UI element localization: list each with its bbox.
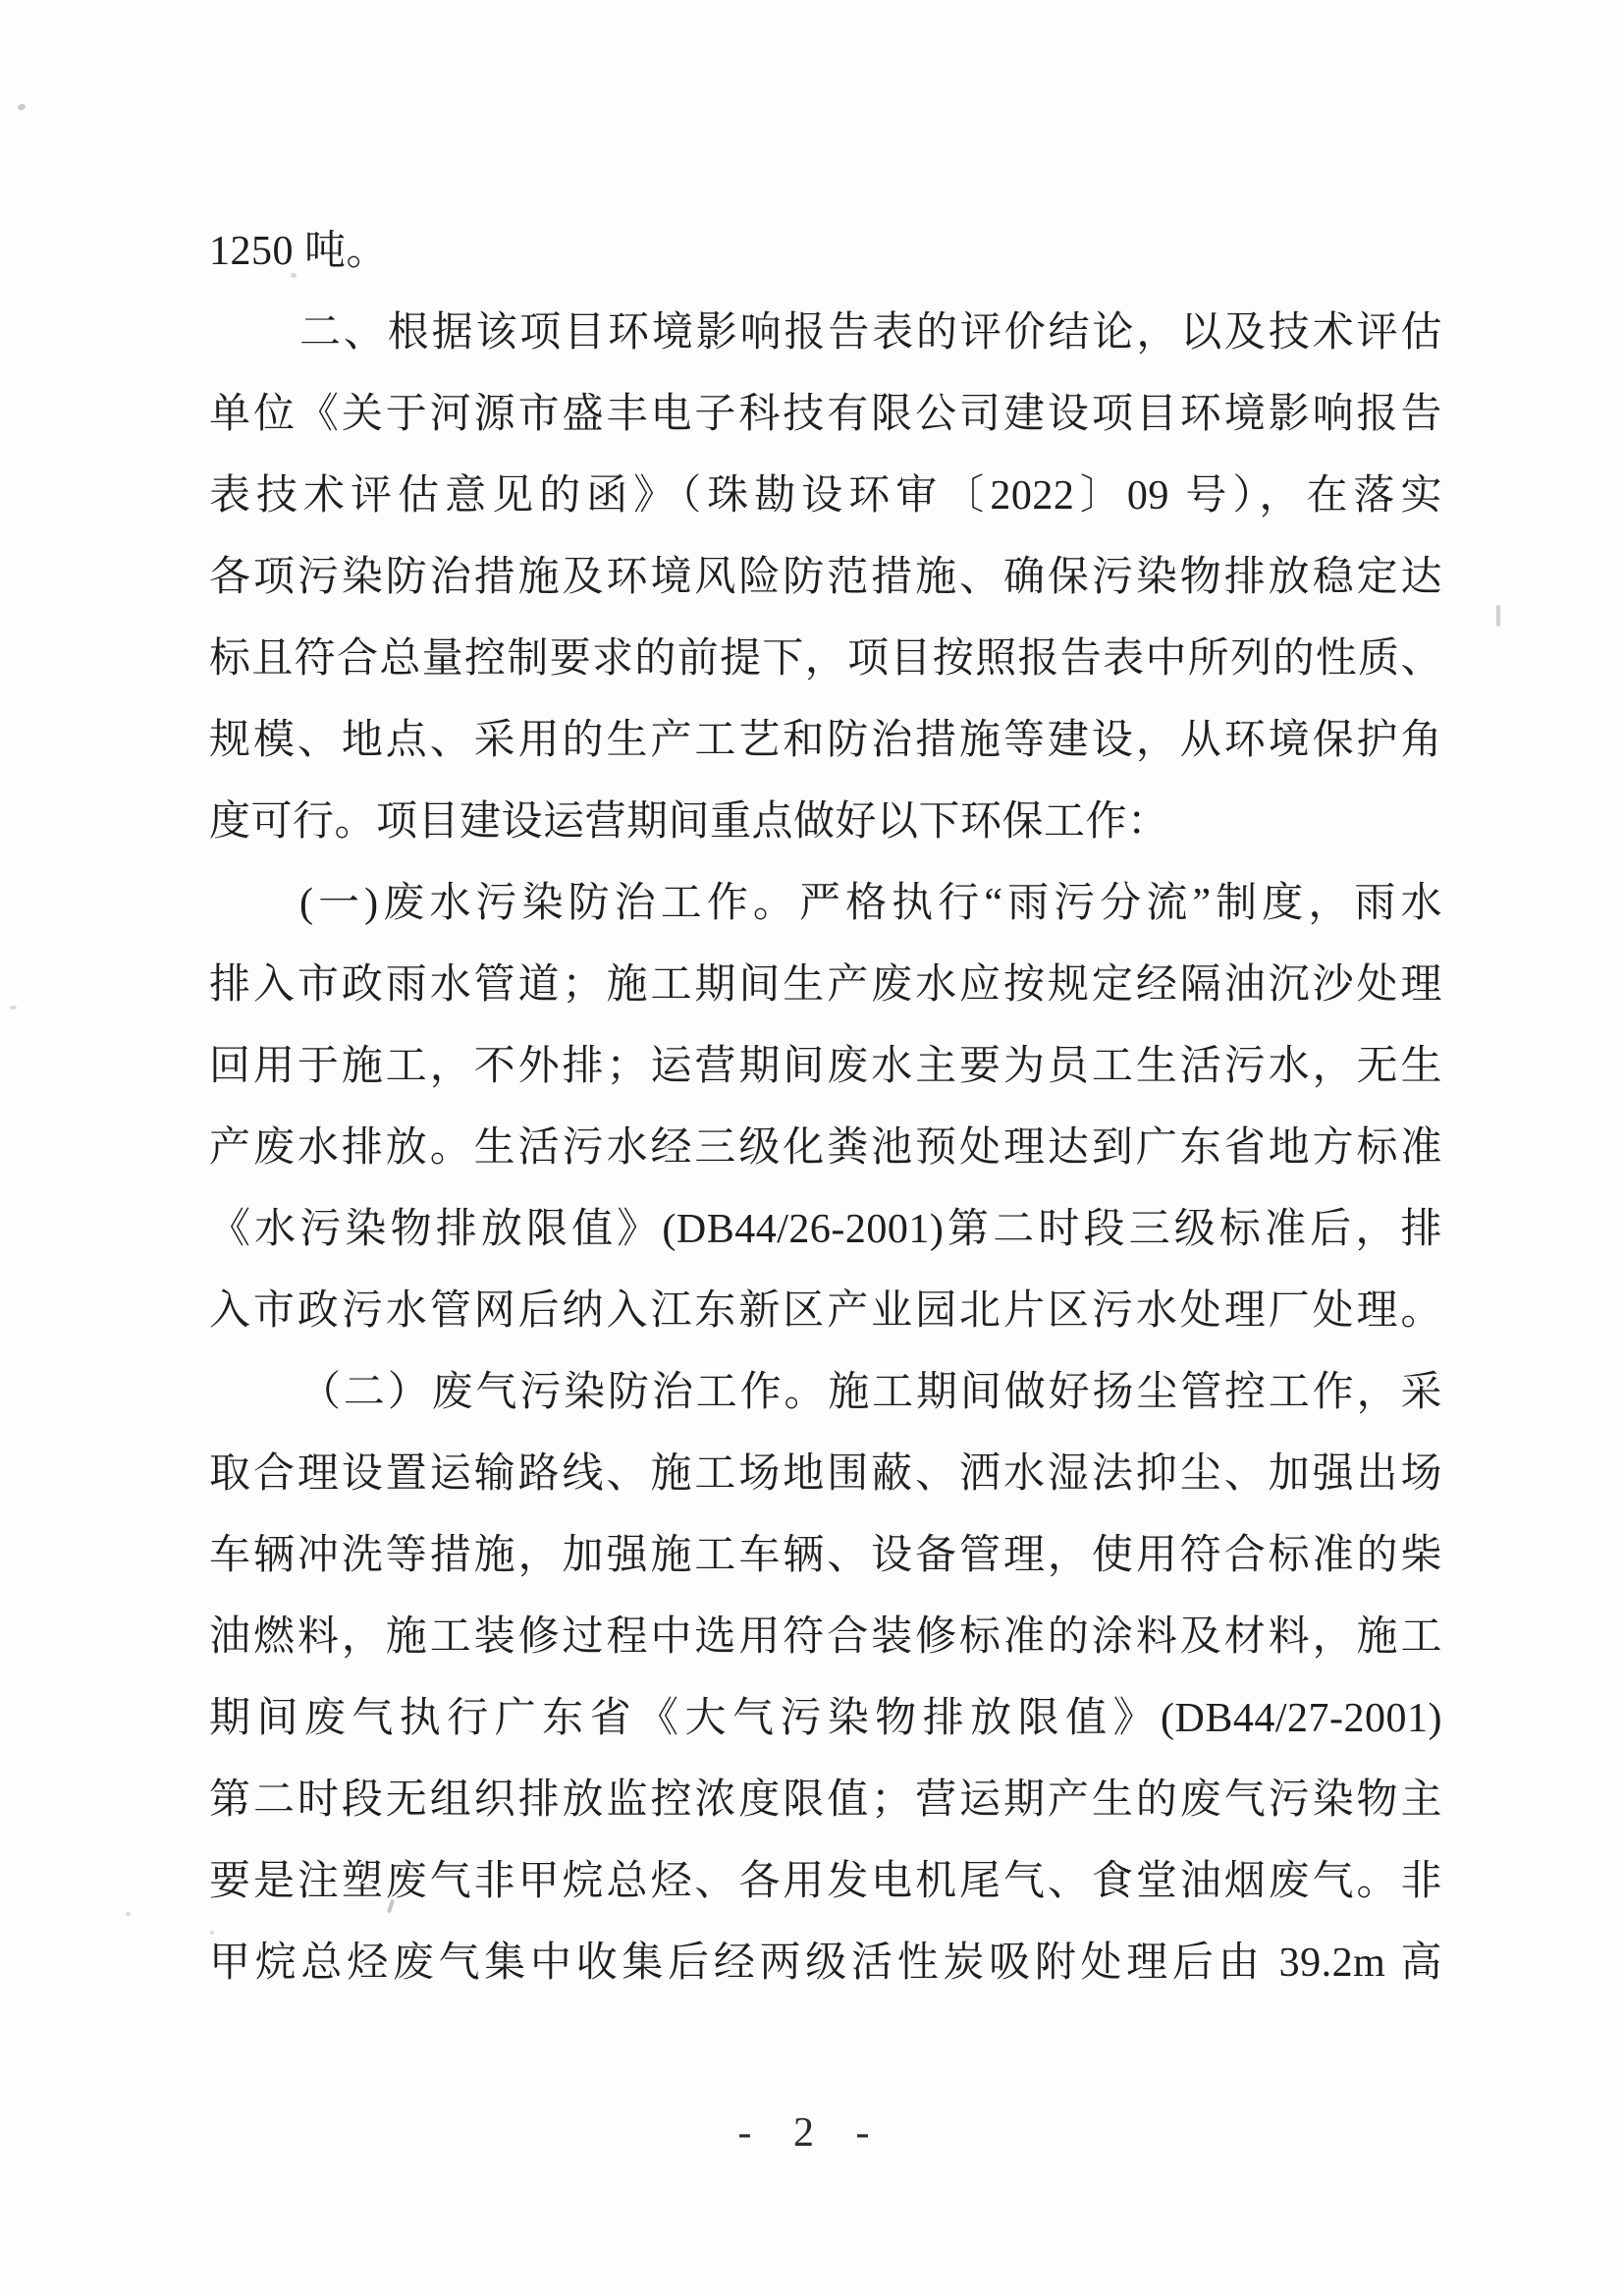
text-line: 回用于施工，不外排；运营期间废水主要为员工生活污水，无生 (209, 1026, 1442, 1108)
text-line: 《水污染物排放限值》(DB44/26-2001)第二时段三级标准后，排 (209, 1189, 1442, 1271)
text-line: 产废水排放。生活污水经三级化粪池预处理达到广东省地方标准 (209, 1108, 1442, 1189)
text-line: 排入市政雨水管道；施工期间生产废水应按规定经隔油沉沙处理 (209, 945, 1442, 1026)
text-line: 要是注塑废气非甲烷总烃、各用发电机尾气、食堂油烟废气。非 (209, 1841, 1442, 1923)
text-line: 油燃料，施工装修过程中选用符合装修标准的涂料及材料，施工 (209, 1597, 1442, 1678)
scan-speck (126, 1912, 131, 1916)
text-line: 各项污染防治措施及环境风险防范措施、确保污染物排放稳定达 (209, 537, 1442, 619)
text-line: 表技术评估意见的函》（珠勘设环审〔2022〕09 号），在落实 (209, 456, 1442, 537)
text-line: 二、根据该项目环境影响报告表的评价结论，以及技术评估 (209, 293, 1442, 374)
text-line: 单位《关于河源市盛丰电子科技有限公司建设项目环境影响报告 (209, 374, 1442, 456)
text-line: 标且符合总量控制要求的前提下，项目按照报告表中所列的性质、 (209, 619, 1442, 700)
text-line: 车辆冲洗等措施，加强施工车辆、设备管理，使用符合标准的柴 (209, 1515, 1442, 1597)
text-line: 入市政污水管网后纳入江东新区产业园北片区污水处理厂处理。 (209, 1271, 1442, 1352)
scan-speck (10, 1006, 17, 1010)
text-line: 1250 吨。 (209, 211, 1442, 293)
text-line: 甲烷总烃废气集中收集后经两级活性炭吸附处理后由 39.2m 高 (209, 1923, 1442, 2004)
document-page: 1250 吨。二、根据该项目环境影响报告表的评价结论，以及技术评估单位《关于河源… (0, 0, 1623, 2296)
text-line: 取合理设置运输路线、施工场地围蔽、洒水湿法抑尘、加强出场 (209, 1434, 1442, 1515)
text-line: 第二时段无组织排放监控浓度限值；营运期产生的废气污染物主 (209, 1760, 1442, 1841)
scan-speck (1496, 605, 1500, 627)
text-line: (一)废水污染防治工作。严格执行“雨污分流”制度，雨水 (209, 863, 1442, 945)
page-number: - 2 - (0, 2109, 1623, 2157)
scan-speck (17, 103, 27, 111)
text-line: 规模、地点、采用的生产工艺和防治措施等建设，从环境保护角 (209, 700, 1442, 782)
text-line: 期间废气执行广东省《大气污染物排放限值》(DB44/27-2001) (209, 1678, 1442, 1760)
text-line: （二）废气污染防治工作。施工期间做好扬尘管控工作，采 (209, 1352, 1442, 1434)
document-body: 1250 吨。二、根据该项目环境影响报告表的评价结论，以及技术评估单位《关于河源… (209, 211, 1442, 2004)
text-line: 度可行。项目建设运营期间重点做好以下环保工作： (209, 782, 1442, 863)
